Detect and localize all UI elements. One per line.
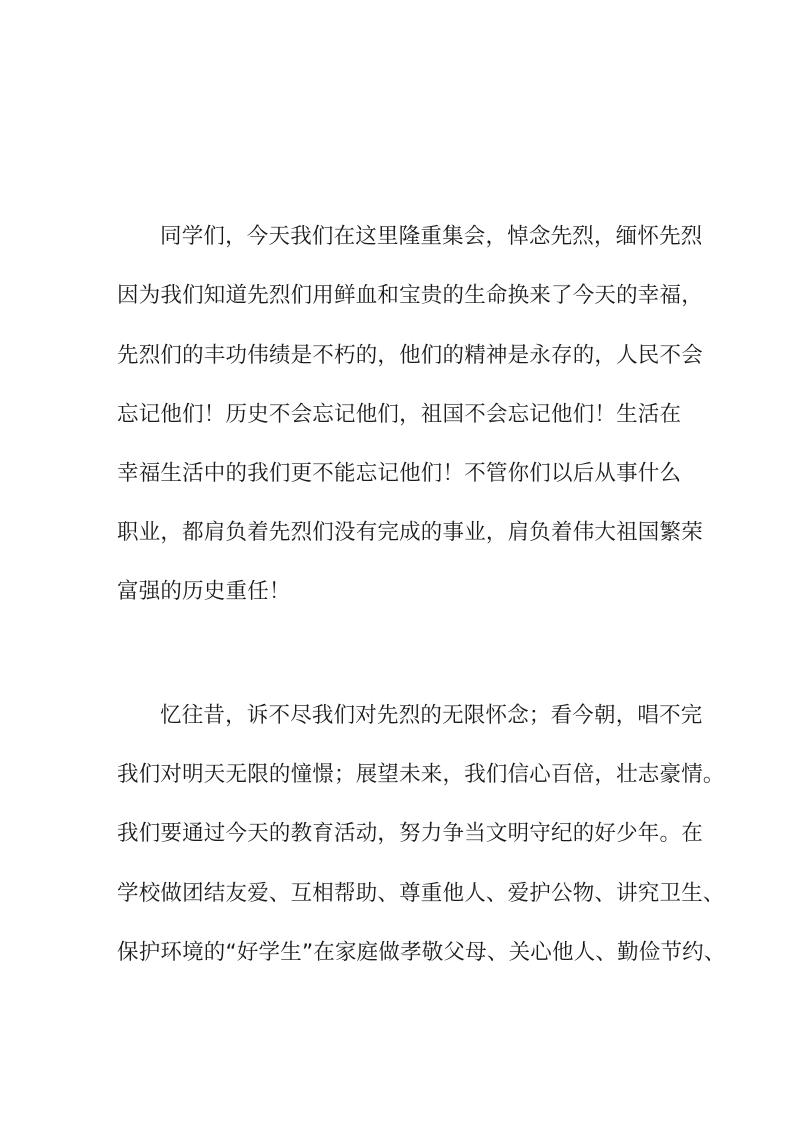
paragraph-2-line-3: 我们要通过今天的教育活动，努力争当文明守纪的好少年。在 [117, 819, 703, 849]
paragraph-2-line-4: 学校做团结友爱、互相帮助、尊重他人、爱护公物、讲究卫生、 [117, 879, 725, 909]
paragraph-1-line-3: 先烈们的丰功伟绩是不朽的，他们的精神是永存的，人民不会 [117, 341, 703, 371]
paragraph-2-line-5: 保护环境的“好学生”在家庭做孝敬父母、关心他人、勤俭节约、 [117, 938, 726, 968]
paragraph-1-line-6: 职业，都肩负着先烈们没有完成的事业，肩负着伟大祖国繁荣 [117, 518, 703, 548]
document-page: 同学们，今天我们在这里隆重集会，悼念先烈，缅怀先烈 因为我们知道先烈们用鲜血和宝… [0, 0, 793, 1122]
paragraph-1-line-7: 富强的历史重任！ [117, 577, 291, 607]
paragraph-1-line-1: 同学们，今天我们在这里隆重集会，悼念先烈，缅怀先烈 [160, 222, 703, 252]
paragraph-1-line-4: 忘记他们！历史不会忘记他们，祖国不会忘记他们！生活在 [117, 400, 681, 430]
paragraph-1-line-5: 幸福生活中的我们更不能忘记他们！不管你们以后从事什么 [117, 459, 681, 489]
paragraph-2-line-1: 忆往昔，诉不尽我们对先烈的无限怀念；看今朝，唱不完 [160, 701, 703, 731]
paragraph-1-line-2: 因为我们知道先烈们用鲜血和宝贵的生命换来了今天的幸福， [117, 281, 703, 311]
paragraph-2-line-2: 我们对明天无限的憧憬；展望未来，我们信心百倍，壮志豪情。 [117, 760, 725, 790]
